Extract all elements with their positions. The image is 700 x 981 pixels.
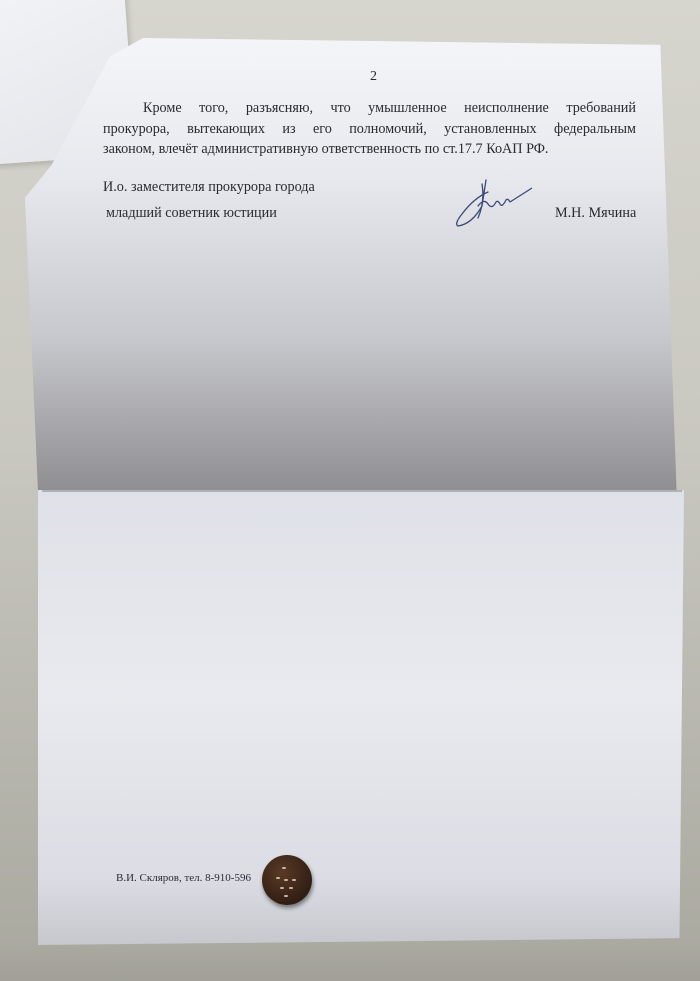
page-number: 2 bbox=[370, 70, 377, 84]
contact-line: В.И. Скляров, тел. 8-910-596 bbox=[116, 873, 251, 884]
signatory-title: И.о. заместителя прокурора города bbox=[103, 180, 315, 194]
handwritten-signature-icon bbox=[452, 176, 532, 231]
paper-fold-crease bbox=[42, 490, 682, 492]
coin-object bbox=[262, 855, 312, 905]
body-line: прокурора, вытекающих из его полномочий,… bbox=[103, 119, 636, 140]
signatory-name: М.Н. Мячина bbox=[555, 206, 636, 220]
body-paragraph: Кроме того, разъясняю, что умышленное не… bbox=[103, 98, 636, 160]
signatory-rank: младший советник юстиции bbox=[106, 206, 277, 220]
table-surface-shadow bbox=[0, 941, 700, 981]
body-line: Кроме того, разъясняю, что умышленное не… bbox=[103, 98, 636, 119]
body-line: законом, влечёт административную ответст… bbox=[103, 139, 636, 160]
